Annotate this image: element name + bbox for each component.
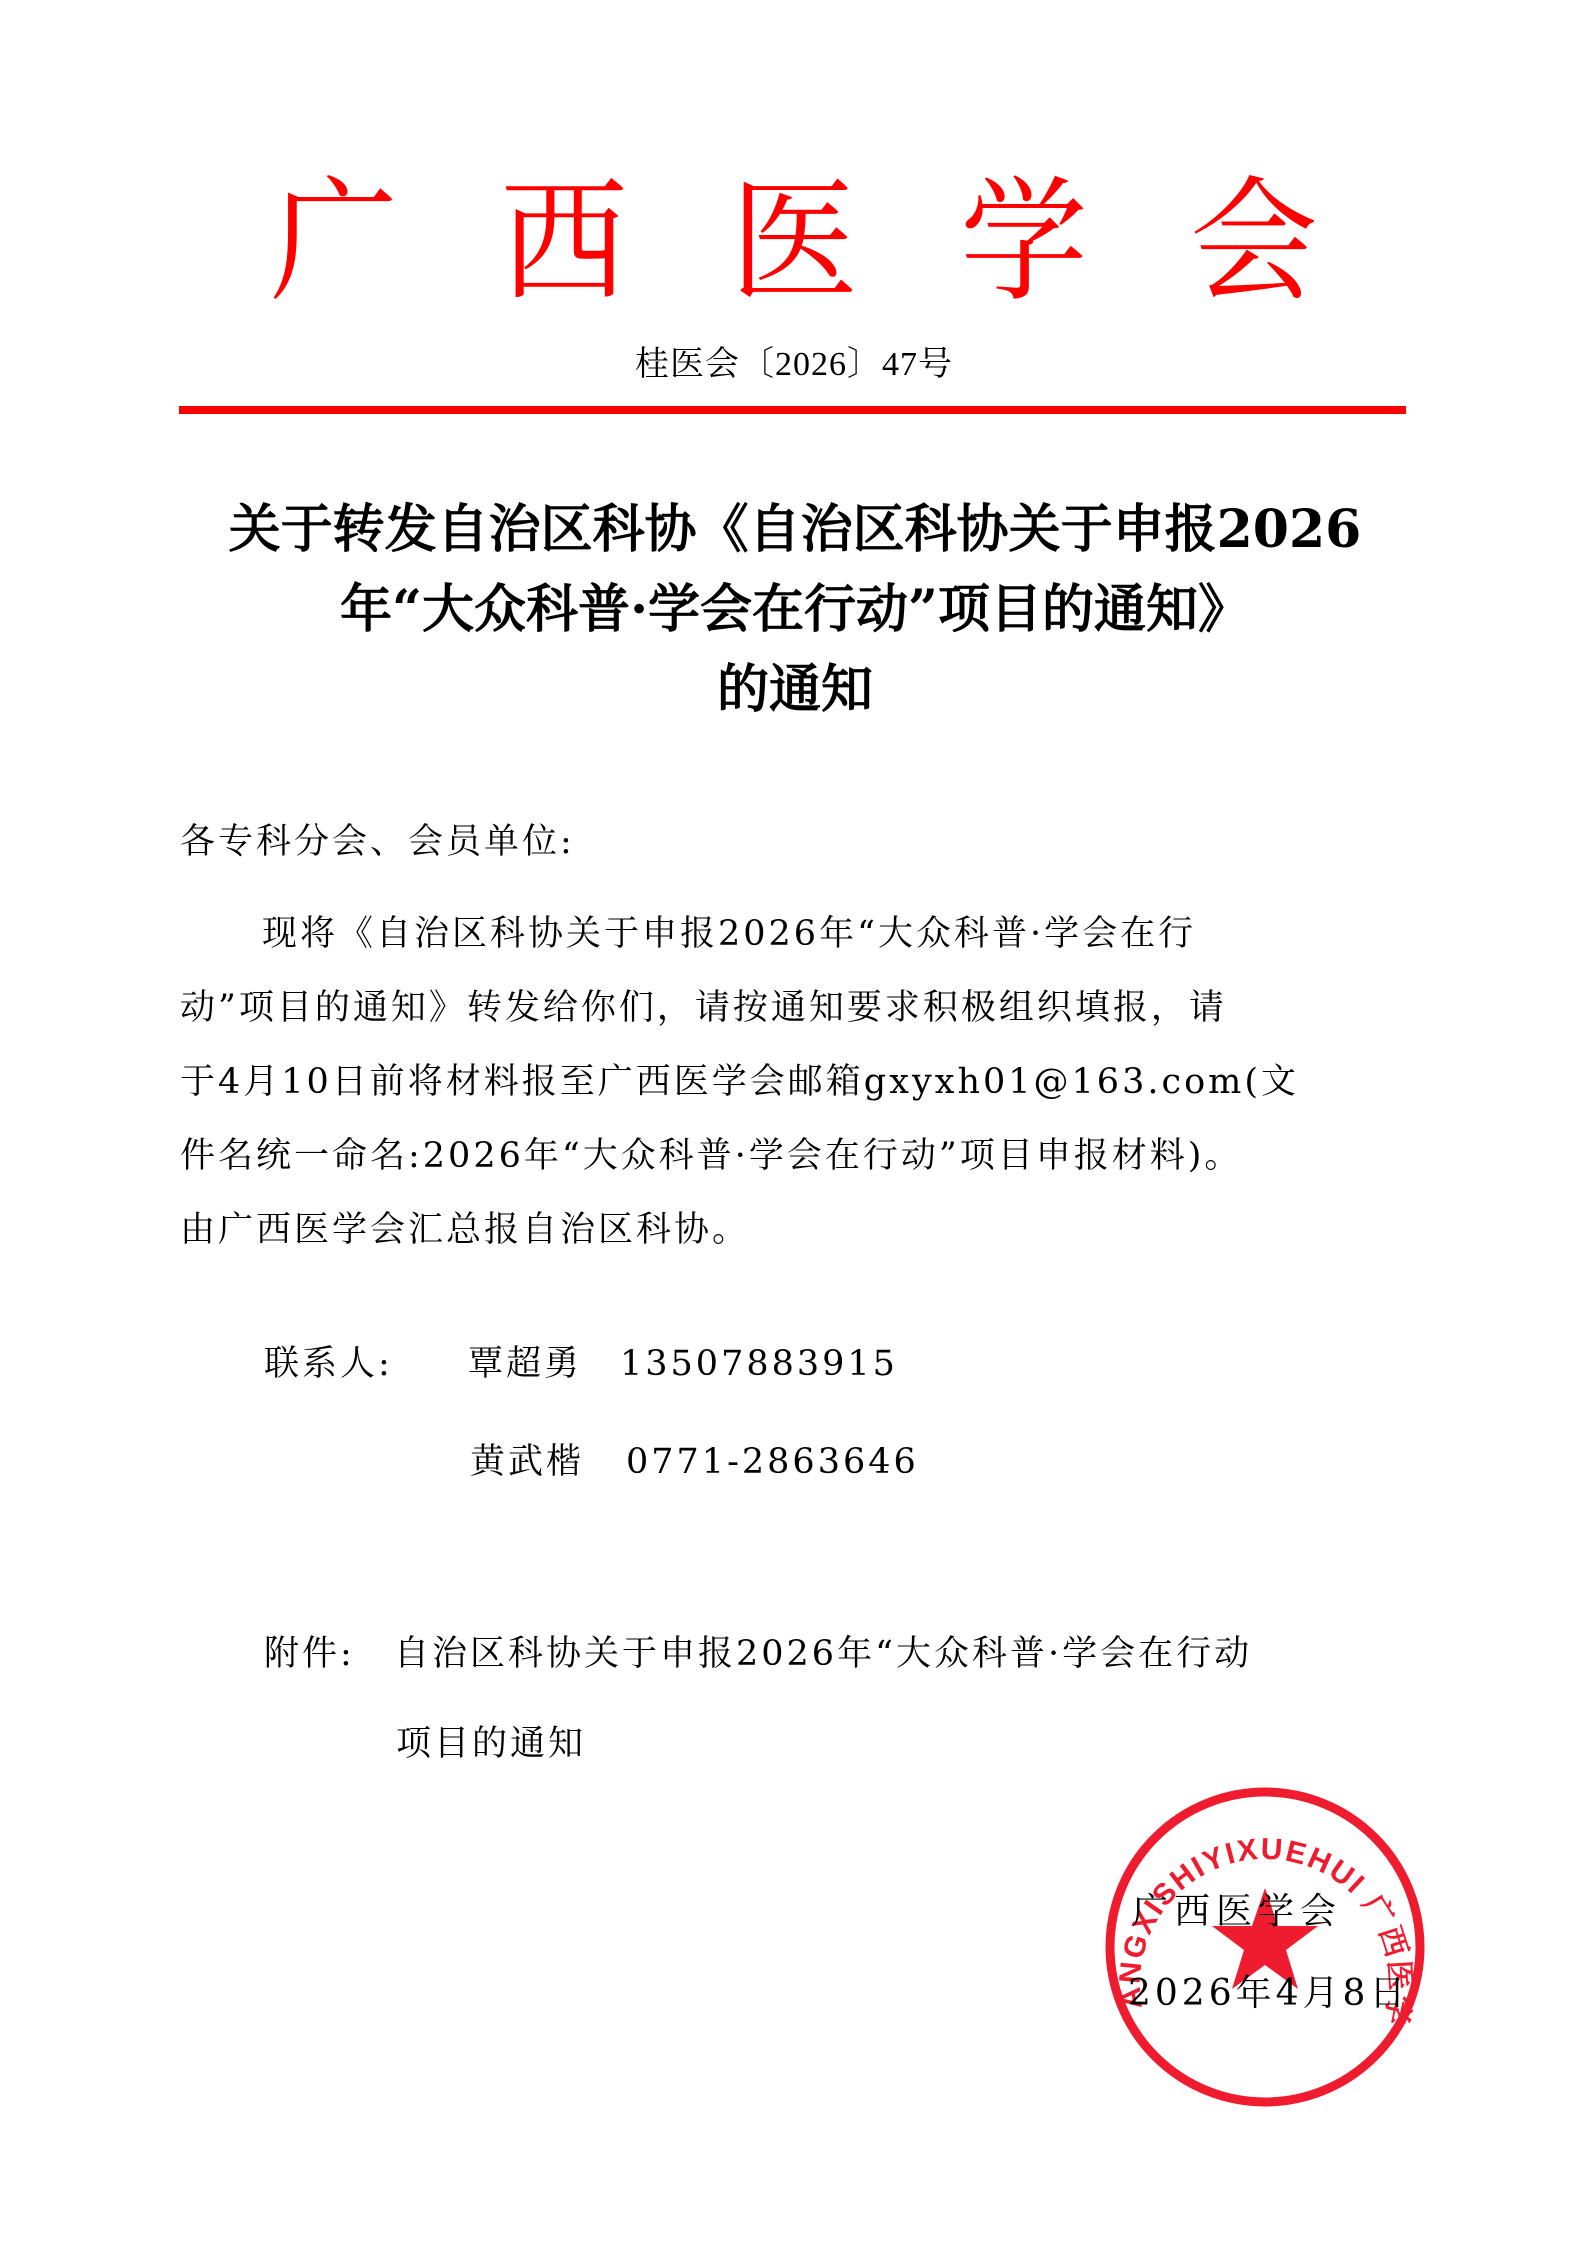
paragraph-line: 件名统一命名:2026年“大众科普·学会在行动”项目申报材料)。: [180, 1134, 1242, 1178]
masthead-char: 学: [909, 164, 1139, 322]
masthead-char: 医: [679, 164, 909, 322]
title-line: 关于转发自治区科协《自治区科协关于申报2026: [170, 490, 1420, 570]
masthead-char: 会: [1139, 164, 1369, 322]
signature-date: 2026年4月8日: [1128, 1972, 1409, 2016]
paragraph-line: 由广西医学会汇总报自治区科协。: [180, 1208, 750, 1252]
masthead-char: 广: [219, 164, 449, 322]
official-seal-icon: GUANGXISHIYIXUEHUI 广西医学会: [1100, 1784, 1430, 2114]
paragraph-line: 动”项目的通知》转发给你们，请按通知要求积极组织填报，请: [180, 986, 1227, 1030]
contact-name: 覃超勇: [468, 1342, 582, 1386]
masthead-char: 西: [449, 164, 679, 322]
attachment-line: 项目的通知: [396, 1722, 586, 1766]
attachment-label: 附件:: [264, 1632, 355, 1676]
paragraph-line: 现将《自治区科协关于申报2026年“大众科普·学会在行: [262, 912, 1196, 956]
contacts-label: 联系人:: [264, 1342, 393, 1386]
title-line: 的通知: [170, 650, 1420, 730]
contact-phone: 0771-2863646: [626, 1440, 919, 1484]
org-masthead: 广 西 医 学 会: [0, 168, 1588, 318]
attachment-line: 自治区科协关于申报2026年“大众科普·学会在行动: [394, 1632, 1252, 1676]
contact-phone: 13507883915: [620, 1342, 898, 1386]
title-line: 年“大众科普·学会在行动”项目的通知》: [170, 570, 1420, 650]
salutation: 各专科分会、会员单位:: [180, 820, 575, 864]
document-page: 广 西 医 学 会 桂医会〔2026〕47号 关于转发自治区科协《自治区科协关于…: [0, 0, 1588, 2244]
red-divider: [179, 406, 1406, 414]
signature-org: 广西医学会: [1132, 1890, 1342, 1934]
document-number: 桂医会〔2026〕47号: [0, 344, 1588, 386]
paragraph-line: 于4月10日前将材料报至广西医学会邮箱gxyxh01@163.com(文: [180, 1060, 1299, 1104]
document-title: 关于转发自治区科协《自治区科协关于申报2026 年“大众科普·学会在行动”项目的…: [170, 490, 1420, 730]
contact-name: 黄武楷: [470, 1440, 584, 1484]
